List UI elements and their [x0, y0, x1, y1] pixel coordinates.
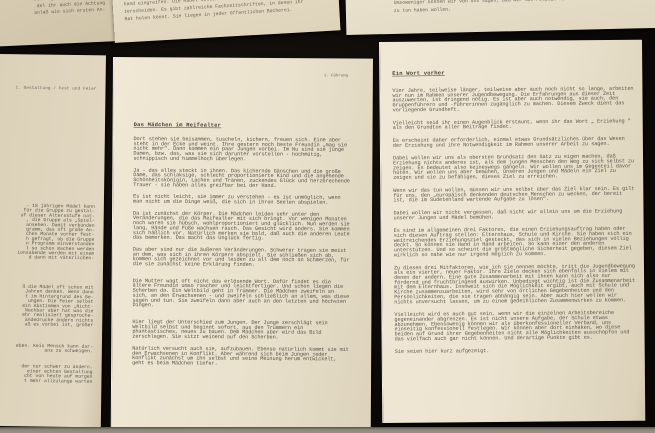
middle-page-title: Das Mädchen im Reifealter [134, 122, 352, 129]
middle-paragraph: Da ist zunächst der Körper. Die Mädchen … [133, 211, 351, 241]
left-page: 1. Gestaltung / Fest und Feier - 18 jähr… [0, 52, 106, 427]
right-page: Ein Wort vorher Vier Jahre, teilweise lä… [379, 40, 645, 423]
left-page-block-4: der nur schwer zu ändern. einer echten G… [0, 362, 93, 384]
right-paragraph: Zu diesen drei Mitfaktoren, wie ich sie … [394, 264, 635, 305]
right-paragraph: Dabei wollen wir uns als obersten Grunds… [393, 154, 634, 180]
right-paragraph: Sie seien hier kurz aufgezeigt. [395, 348, 636, 355]
left-page-block-2: ß die Mädel oft schon mit Jahren denken.… [0, 282, 94, 327]
middle-paragraph: Hier liegt der Unterschied zum Jungen. D… [132, 320, 350, 341]
right-paragraph: Es sind im allgemeinen drei Faktoren, di… [394, 227, 635, 258]
right-paragraph: Vier Jahre, teilweise länger, teilweise … [392, 87, 633, 113]
middle-paragraph: Dort stehen sie beisammen, tuscheln, kic… [133, 137, 351, 163]
fragment-top-right: Umsoweniger können wir von uns sagen, da… [345, 0, 655, 35]
middle-paragraph: Das aber sind nur die äußeren Veränderun… [133, 248, 351, 269]
left-page-header: 1. Gestaltung / Fest und Feier [0, 83, 97, 91]
middle-paragraph: Ja - das alles steckt in ihnen. Das kich… [133, 168, 351, 189]
fragment-top-left-text: ständig zu vergessen. Und del ihr auch d… [0, 0, 116, 19]
left-page-block-3: eben. Kein Mensch kann dar- ans zu schwe… [0, 341, 93, 353]
fragment-top-middle-text: hand eingreifen. Die Mädel sollen lernen… [111, 0, 339, 23]
fragment-top-right-text: Umsoweniger können wir von uns sagen, da… [345, 0, 655, 16]
right-paragraph: Wenn wir das tun wollen, müssen wir uns … [393, 187, 634, 204]
right-paragraph: Es erscheint daher erforderlich, einmal … [393, 137, 634, 149]
left-page-block-1: - 18 jährigen Mädel kann für die Gruppe … [0, 201, 95, 261]
middle-paragraph: Es ist nicht leicht, sie immer zu verste… [133, 195, 351, 206]
table-edge [0, 427, 655, 433]
fragment-top-left: ständig zu vergessen. Und del ihr auch d… [0, 0, 117, 48]
middle-paragraph: Die Mutter wagt oft nicht das erlösende … [132, 279, 350, 309]
right-paragraph: Vielleicht wird es auch gut sein, wenn w… [394, 311, 635, 342]
right-paragraph: Dabei wollen wir nicht vergessen, daß ni… [393, 209, 634, 221]
right-page-title: Ein Wort vorher [392, 69, 633, 77]
right-paragraph: Vielleicht seid ihr einen Augenblick ers… [393, 119, 634, 131]
fragment-top-middle: hand eingreifen. Die Mädel sollen lernen… [111, 0, 340, 43]
middle-paragraph: Natürlich versucht auch sie, aufzubauen.… [132, 347, 350, 368]
middle-page: 1. Führung Das Mädchen im Reifealter Dor… [111, 57, 373, 430]
photo-of-documents: ständig zu vergessen. Und del ihr auch d… [0, 0, 655, 433]
